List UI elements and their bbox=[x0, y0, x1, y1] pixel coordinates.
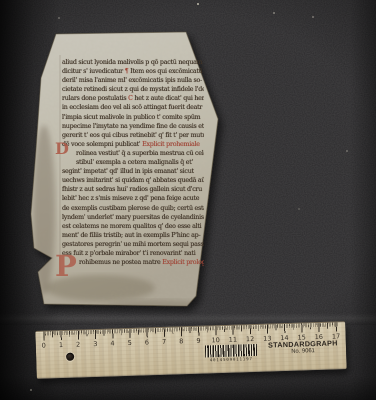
manuscript-line: lyndem' underlet' mary puersitas de cyel… bbox=[62, 213, 204, 222]
line-text: lyndem' underlet' mary puersitas de cyel… bbox=[62, 214, 204, 221]
manuscript-line: gestatores peregrin' ue mihi mortem sequ… bbox=[62, 240, 204, 249]
ruler-mark: 7 bbox=[162, 337, 166, 345]
line-text: rulars done postulatis bbox=[62, 95, 128, 102]
manuscript-line: aliud sicut lyonida malivolis p qō pactū… bbox=[62, 58, 204, 67]
manuscript-line: rulars done postulatis C het z aute dica… bbox=[62, 94, 204, 103]
line-text: rolinea vestiut' q̄ a superbia mestrua c… bbox=[76, 150, 204, 157]
ruler-mark: 8 bbox=[179, 337, 183, 345]
manuscript-line: uechws imitarint' si quidam q' abbates q… bbox=[62, 176, 204, 185]
line-text: ess fuit z p'orbale mirabor' t'i renovar… bbox=[62, 250, 195, 257]
manuscript-line: l'impia sicut malivole in publico t' com… bbox=[62, 113, 204, 122]
ruler-mark: 9 bbox=[196, 336, 200, 344]
manuscript-line: in ecclesiam deo vel ali scō attingat fu… bbox=[62, 103, 204, 112]
ruler-mark: 5 bbox=[128, 338, 132, 346]
manuscript-line: cietate retinedi sicut z qui de mystat i… bbox=[62, 85, 204, 94]
line-text: dē voce solempni publicat' bbox=[62, 141, 142, 148]
ruler: 0 1 2 3 4 5 6 7 8 9 10 11 12 13 14 15 16… bbox=[35, 321, 346, 379]
manuscript-line: rolinea vestiut' q̄ a superbia mestrua c… bbox=[62, 149, 204, 158]
line-rubric: Explicit prologus bbox=[162, 259, 204, 266]
line-text: dicitur s' iuvedicatur bbox=[62, 68, 125, 75]
ruler-mark: 2 bbox=[76, 340, 80, 348]
line-text: deril' misa l'anime ml' excōmicatis ipis… bbox=[62, 77, 202, 84]
manuscript-text-block: aliud sicut lyonida malivolis p qō pactū… bbox=[62, 58, 204, 267]
line-text: Item eos qui excōmicatū nisi bbox=[128, 68, 204, 75]
manuscript-line: ment' de filiis tristib; aut in exemplis… bbox=[62, 231, 204, 240]
line-text: ment' de filiis tristib; aut in exemplis… bbox=[62, 232, 200, 239]
line-text: de exemplis custibam plerose de quib; ce… bbox=[62, 205, 204, 212]
photo-stage: aliud sicut lyonida malivolis p qō pactū… bbox=[0, 0, 376, 400]
barcode-digits: 4014509011197 bbox=[205, 356, 257, 363]
line-text: aliud sicut lyonida malivolis p qō pactū… bbox=[62, 59, 202, 66]
ruler-mark: 0 bbox=[42, 341, 46, 349]
line-text: est celatems ne morem qualitos q' deo es… bbox=[62, 223, 201, 230]
line-text: nupecime l'imytate na yendime fine de ca… bbox=[62, 123, 204, 130]
ruler-hanging-hole bbox=[66, 353, 74, 361]
line-text: uechws imitarint' si quidam q' abbates q… bbox=[62, 177, 204, 184]
ruler-mark: 4 bbox=[110, 339, 114, 347]
manuscript-line: ess fuit z p'orbale mirabor' t'i renovar… bbox=[62, 249, 204, 258]
line-text: gererit t' eos qui cibus retinebit' q' f… bbox=[62, 132, 204, 139]
manuscript-line: rohibemus ne postea matre Explicit prolo… bbox=[62, 258, 204, 267]
line-text: segint' impetat' qd' illud in ipis emana… bbox=[62, 168, 194, 175]
line-text: rohibemus ne postea matre bbox=[79, 259, 162, 266]
line-text: lebit' hec z s'mis miseve z qd' pena fei… bbox=[62, 195, 199, 202]
line-rubric: Explicit prohemiale bbox=[142, 141, 200, 148]
barcode: 4014509011197 bbox=[205, 344, 258, 363]
line-text: stibul' exempla a cetera malignalis q̄ e… bbox=[76, 159, 193, 166]
initial-letter-d: D bbox=[55, 141, 69, 157]
manuscript-line: de exemplis custibam plerose de quib; ce… bbox=[62, 204, 204, 213]
stain-left-edge bbox=[33, 125, 55, 295]
manuscript-line: lebit' hec z s'mis miseve z qd' pena fei… bbox=[62, 194, 204, 203]
manuscript-line: gererit t' eos qui cibus retinebit' q' f… bbox=[62, 131, 204, 140]
line-text: cietate retinedi sicut z qui de mystat i… bbox=[62, 86, 204, 93]
manuscript-line: segint' impetat' qd' illud in ipis emana… bbox=[62, 167, 204, 176]
initial-letter-p: P bbox=[55, 252, 77, 281]
manuscript-line: dicitur s' iuvedicatur ¶ Item eos qui ex… bbox=[62, 67, 204, 76]
line-text: in ecclesiam deo vel ali scō attingat fu… bbox=[62, 104, 202, 111]
line-text: het z aute dicat' qui hereat bbox=[133, 95, 204, 102]
line-text: l'impia sicut malivole in publico t' com… bbox=[62, 114, 200, 121]
line-text: fhistr z aut sedras hui' radios gallein … bbox=[62, 186, 202, 193]
ruler-mark: 6 bbox=[145, 338, 149, 346]
manuscript-line: fhistr z aut sedras hui' radios gallein … bbox=[62, 185, 204, 194]
ruler-mark: 12 bbox=[246, 335, 255, 343]
manuscript-line: est celatems ne morem qualitos q' deo es… bbox=[62, 222, 204, 231]
manuscript-line: deril' misa l'anime ml' excōmicatis ipis… bbox=[62, 76, 204, 85]
stain-bottom-right bbox=[100, 300, 220, 320]
line-text: gestatores peregrin' ue mihi mortem sequ… bbox=[62, 241, 204, 248]
manuscript-line: stibul' exempla a cetera malignalis q̄ e… bbox=[62, 158, 204, 167]
ruler-brand-box: STANDARDGRAPH No. 9061 bbox=[264, 339, 342, 356]
ruler-mark: 11 bbox=[229, 335, 238, 343]
ruler-mark: 10 bbox=[211, 336, 220, 344]
manuscript-line: nupecime l'imytate na yendime fine de ca… bbox=[62, 122, 204, 131]
manuscript-line: dē voce solempni publicat' Explicit proh… bbox=[62, 140, 204, 149]
ruler-mark: 1 bbox=[59, 341, 63, 349]
ruler-mark: 3 bbox=[93, 339, 97, 347]
